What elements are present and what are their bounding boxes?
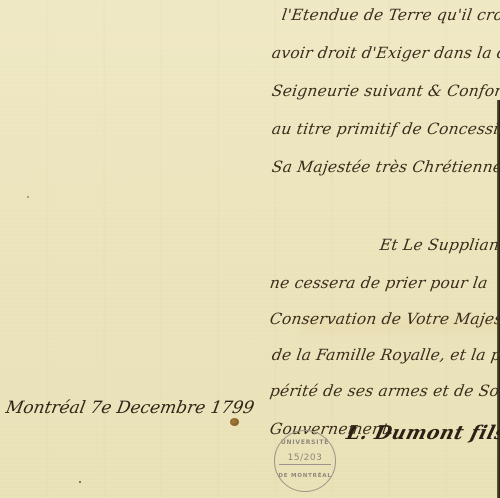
body-line-6: Et Le Suppliant [379,236,500,254]
stamp-number: 15/203 [275,453,335,463]
archive-stamp: UNIVERSITÉ 15/203 DE MONTRÉAL [274,430,336,492]
ink-blot [230,418,239,426]
body-line-1: l'Etendue de Terre qu'il croit [281,6,500,24]
signature: L. Dumont fils [344,422,500,444]
body-line-8: Conservation de Votre Majestée, [269,310,500,328]
stamp-top-text: UNIVERSITÉ [275,439,335,446]
body-line-2: avoir droit d'Exiger dans la ditte [271,44,500,62]
ink-speck [27,196,29,198]
body-line-5: Sa Majestée très Chrétienne [271,158,500,176]
ink-speck [79,481,81,483]
body-line-9: de la Famille Royalle, et la pros- [271,346,500,364]
dateline: Montréal 7e Decembre 1799 [4,398,256,418]
body-line-7: ne cessera de prier pour la [269,274,489,292]
body-line-10: périté de ses armes et de Son [269,382,500,400]
stamp-bottom-text: DE MONTRÉAL [275,473,335,479]
stamp-divider [279,464,331,465]
body-line-4: au titre primitif de Concession de [271,120,500,138]
body-line-3: Seigneurie suivant & Conformement [271,82,500,100]
